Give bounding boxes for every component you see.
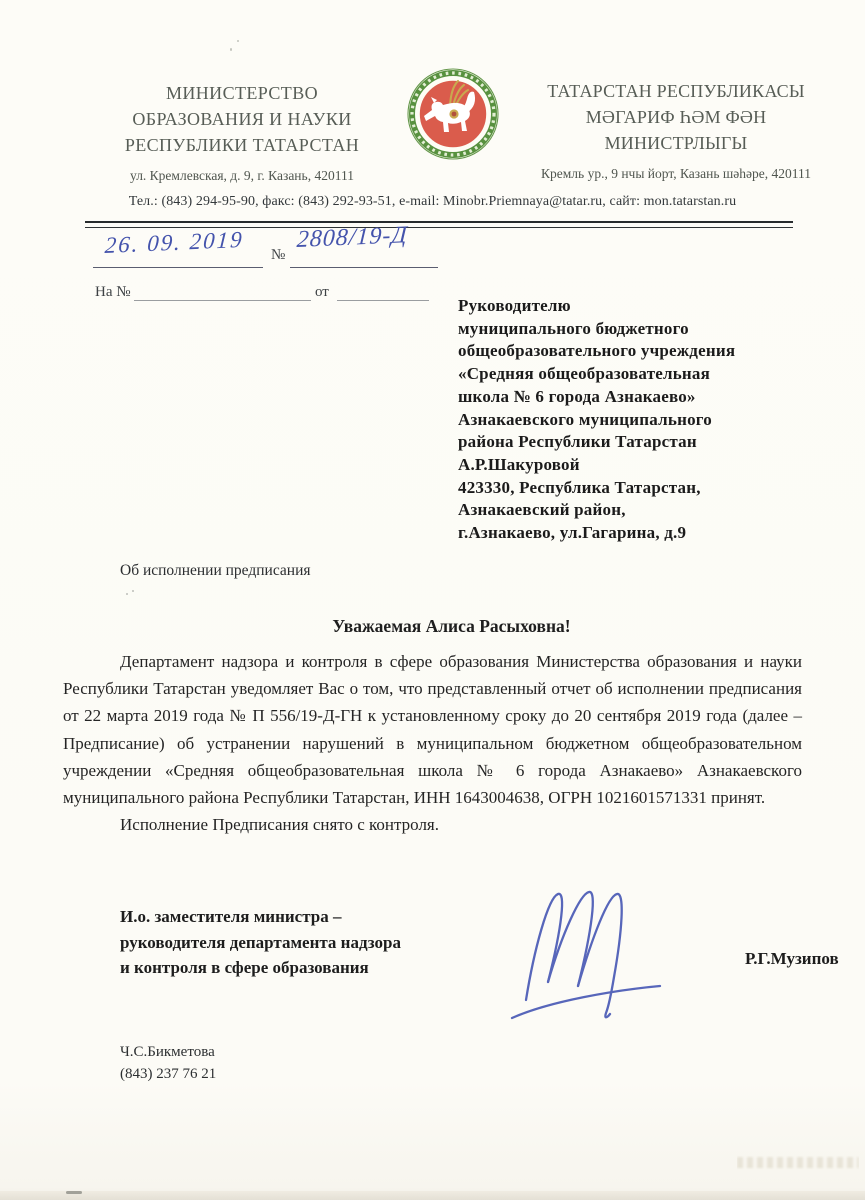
handwritten-signature-icon (492, 882, 682, 1034)
recipient-line: общеобразовательного учреждения (458, 340, 858, 363)
signer-position-line: руководителя департамента надзора (120, 930, 480, 956)
scan-smudge-artifact (737, 1151, 859, 1173)
ministry-ru-line2: ОБРАЗОВАНИЯ И НАУКИ (62, 106, 422, 132)
reply-from-label: от (315, 284, 329, 301)
signer-position-line: И.о. заместителя министра – (120, 904, 480, 930)
signature-svg (492, 882, 682, 1034)
scan-bottom-edge (0, 1191, 865, 1200)
date-underline (93, 245, 263, 268)
signer-name: Р.Г.Музипов (745, 949, 839, 969)
ministry-tt-line3: МИНИСТРЛЫГЫ (498, 130, 854, 156)
recipient-line: школа № 6 города Азнакаево» (458, 386, 858, 409)
body-paragraph-2: Исполнение Предписания снято с контроля. (63, 811, 802, 838)
executor-name: Ч.С.Бикметова (120, 1041, 216, 1063)
number-underline (290, 245, 438, 268)
body-paragraph-1: Департамент надзора и контроля в сфере о… (63, 648, 802, 811)
recipient-line: А.Р.Шакуровой (458, 454, 858, 477)
ministry-tt-address: Кремль ур., 9 нчы йорт, Казань шәһәре, 4… (498, 165, 854, 182)
ministry-ru-address: ул. Кремлевская, д. 9, г. Казань, 420111 (62, 167, 422, 184)
recipient-line: «Средняя общеобразовательная (458, 363, 858, 386)
letterhead-divider (85, 221, 793, 228)
signer-position: И.о. заместителя министра – руководителя… (120, 904, 480, 981)
recipient-line: г.Азнакаево, ул.Гагарина, д.9 (458, 522, 858, 545)
reply-number-underline (134, 284, 311, 301)
executor-block: Ч.С.Бикметова (843) 237 76 21 (120, 1041, 216, 1085)
recipient-line: муниципального бюджетного (458, 318, 858, 341)
scan-specks-artifact (228, 40, 242, 54)
ministry-tt-line1: ТАТАРСТАН РЕСПУБЛИКАСЫ (498, 78, 854, 104)
recipient-line: 423330, Республика Татарстан, (458, 477, 858, 500)
subject-line: Об исполнении предписания (120, 562, 311, 580)
ministry-tt-line2: МӘГАРИФ ҺӘМ ФӘН (498, 104, 854, 130)
recipient-line: Азнакаевский район, (458, 499, 858, 522)
letter-page: МИНИСТЕРСТВО ОБРАЗОВАНИЯ И НАУКИ РЕСПУБЛ… (0, 0, 865, 1200)
ministry-ru-line3: РЕСПУБЛИКИ ТАТАРСТАН (62, 132, 422, 158)
coat-of-arms-svg (406, 66, 500, 162)
number-sign-label: № (271, 247, 285, 264)
ministry-ru-line1: МИНИСТЕРСТВО (62, 80, 422, 106)
reply-date-underline (337, 284, 429, 301)
signer-position-line: и контроля в сфере образования (120, 955, 480, 981)
recipient-line: Азнакаевского муниципального (458, 409, 858, 432)
contact-line: Тел.: (843) 294-95-90, факс: (843) 292-9… (0, 194, 865, 210)
scan-speck-artifact (66, 1191, 82, 1194)
scan-dots-artifact (126, 590, 136, 596)
ministry-name-tatar: ТАТАРСТАН РЕСПУБЛИКАСЫ МӘГАРИФ ҺӘМ ФӘН М… (498, 78, 854, 182)
reply-to-label: На № (95, 284, 131, 301)
salutation: Уважаемая Алиса Расыховна! (63, 616, 800, 637)
recipient-line: Руководителю (458, 295, 858, 318)
coat-of-arms-icon (406, 66, 500, 162)
ministry-name-russian: МИНИСТЕРСТВО ОБРАЗОВАНИЯ И НАУКИ РЕСПУБЛ… (62, 80, 422, 184)
recipient-block: Руководителю муниципального бюджетного о… (458, 295, 858, 545)
executor-phone: (843) 237 76 21 (120, 1063, 216, 1085)
letter-body: Департамент надзора и контроля в сфере о… (63, 648, 802, 838)
recipient-line: района Республики Татарстан (458, 431, 858, 454)
